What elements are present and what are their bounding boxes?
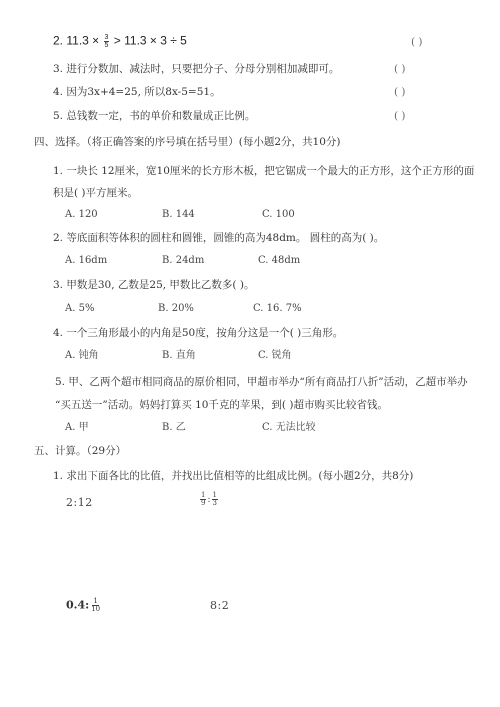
- choice-q5-option-c[interactable]: C. 无法比较: [262, 423, 316, 433]
- ratio-decimal-fraction: 0.4: 1 10: [66, 598, 102, 613]
- choice-q4-option-b[interactable]: B. 直角: [162, 351, 196, 361]
- choice-q1-option-b[interactable]: B. 144: [162, 210, 195, 220]
- fraction-one-tenth: 1 10: [90, 598, 101, 613]
- fraction-denominator: 10: [90, 606, 101, 613]
- choice-q2-option-c[interactable]: C. 48dm: [258, 256, 300, 266]
- judge-item-5: 5. 总钱数一定，书的单价和数量成正比例。: [53, 111, 255, 122]
- choice-q4: 4. 一个三角形最小的内角是50度，按角分这是一个( )三角形。: [53, 328, 343, 339]
- judge-item-4: 4. 因为3x+4=25, 所以8x-5=51。: [53, 87, 221, 98]
- answer-blank[interactable]: ( ): [394, 111, 406, 122]
- fraction-denominator: 3: [212, 500, 218, 507]
- choice-q3-option-a[interactable]: A. 5%: [65, 304, 94, 314]
- choice-q1-option-a[interactable]: A. 120: [65, 210, 98, 220]
- choice-q2-option-a[interactable]: A. 16dm: [65, 256, 107, 266]
- choice-q1-option-c[interactable]: C. 100: [262, 210, 295, 220]
- expression-right: > 11.3 × 3 ÷ 5: [114, 34, 187, 48]
- ratio-2-12: 2:12: [66, 497, 93, 508]
- judge-item-2: 2. 11.3 × 3 5 > 11.3 × 3 ÷ 5: [53, 34, 187, 49]
- choice-q3-option-b[interactable]: B. 20%: [158, 304, 194, 314]
- choice-q2-option-b[interactable]: B. 24dm: [162, 256, 204, 266]
- answer-blank[interactable]: ( ): [394, 64, 406, 75]
- fraction: 3 5: [104, 34, 110, 49]
- ratio-colon: :: [207, 495, 210, 505]
- choice-q2: 2. 等底面积等体积的圆柱和圆锥，圆锥的高为48dm。 圆柱的高为( )。: [53, 233, 384, 244]
- choice-q4-option-a[interactable]: A. 钝角: [65, 351, 99, 361]
- calc-q1-instruction: 1. 求出下面各比的比值，并找出比值相等的比组成比例。(每小题2分，共8分): [53, 471, 413, 482]
- fraction-one-ninth: 1 9: [200, 492, 206, 507]
- section-title-choice: 四、选择。（将正确答案的序号填在括号里）(每小题2分，共10分): [34, 137, 340, 148]
- fraction-one-third: 1 3: [212, 492, 218, 507]
- fraction-denominator: 9: [200, 500, 206, 507]
- ratio-decimal: 0.4:: [66, 599, 89, 612]
- choice-q4-option-c[interactable]: C. 锐角: [258, 351, 292, 361]
- item-number: 2.: [53, 34, 63, 48]
- fraction-denominator: 5: [104, 42, 110, 49]
- choice-q5-option-b[interactable]: B. 乙: [162, 423, 186, 433]
- ratio-8-2: 8:2: [210, 600, 229, 611]
- choice-q1-line1: 1. 一块长 12厘米，宽10厘米的长方形木板，把它锯成一个最大的正方形，这个正…: [53, 166, 474, 177]
- choice-q5-line2: “买五送一”活动。妈妈打算买 10千克的苹果，到( )超市购买比较省钱。: [55, 400, 388, 411]
- judge-item-3: 3. 进行分数加、减法时，只要把分子、分母分别相加减即可。: [53, 64, 339, 75]
- section-title-calculation: 五、计算。（29分）: [34, 446, 126, 457]
- choice-q3: 3. 甲数是30, 乙数是25, 甲数比乙数多( )。: [53, 280, 254, 291]
- choice-q3-option-c[interactable]: C. 16. 7%: [253, 304, 302, 314]
- fraction-numerator: 3: [104, 34, 110, 42]
- answer-blank[interactable]: ( ): [394, 87, 406, 98]
- ratio-fraction-pair: 1 9 : 1 3: [199, 492, 219, 507]
- choice-q5-option-a[interactable]: A. 甲: [65, 423, 89, 433]
- choice-q1-line2: 积是( )平方厘米。: [53, 188, 138, 199]
- choice-q5-line1: 5. 甲、乙两个超市相同商品的原价相同，甲超市举办“所有商品打八折”活动，乙超市…: [55, 377, 468, 388]
- expression-left: 11.3 ×: [66, 34, 99, 48]
- answer-blank[interactable]: ( ): [411, 37, 423, 48]
